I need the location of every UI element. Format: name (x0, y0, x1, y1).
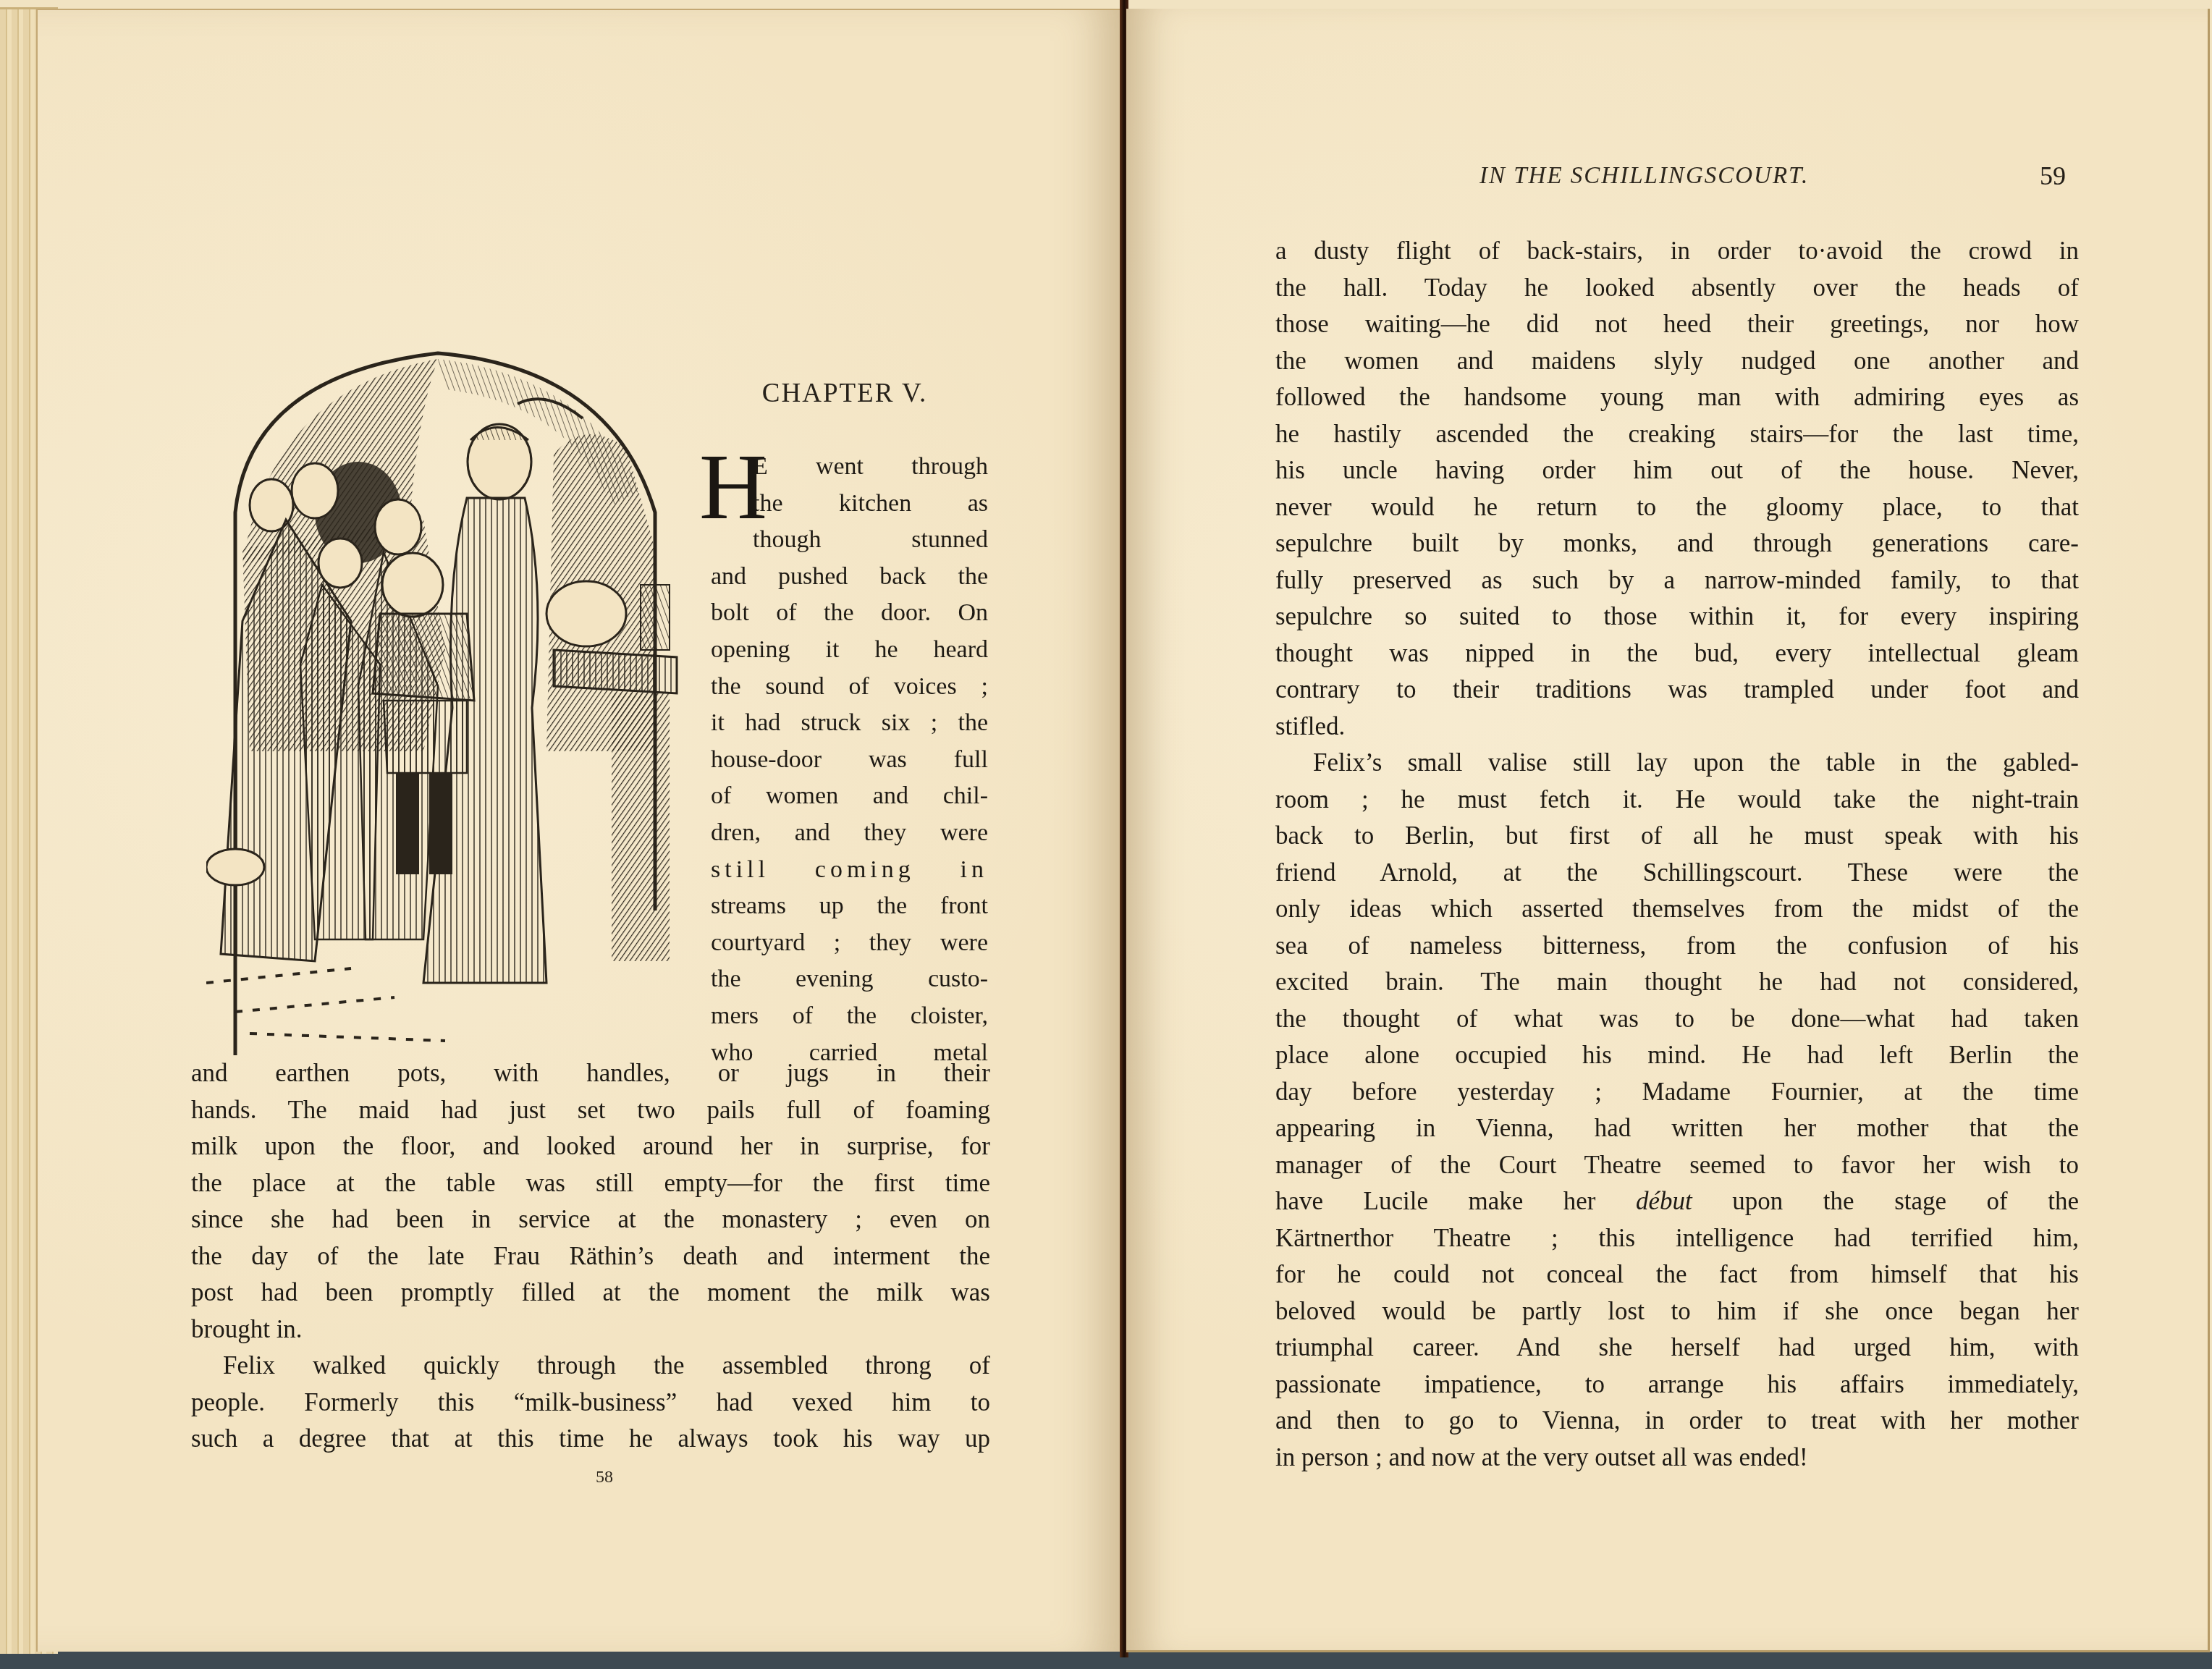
text-line: the place at the table was still empty—f… (191, 1165, 990, 1202)
text-line: sepulchre built by monks, and through ge… (1275, 525, 2079, 562)
text-line: thought was nipped in the bud, every int… (1275, 635, 2079, 672)
illustration-icon (206, 346, 684, 1055)
text-line: post had been promptly filled at the mom… (191, 1275, 990, 1311)
text-line: and then to go to Vienna, in order to tr… (1275, 1403, 2079, 1440)
text-line: courtyard ; they were (711, 925, 988, 962)
text-line: still coming in (711, 852, 988, 889)
text-line: and earthen pots, with handles, or jugs … (191, 1055, 990, 1092)
text-line: and pushed back the (711, 559, 988, 596)
text-line: triumphal career. And she herself had ur… (1275, 1330, 2079, 1366)
text-line: of women and chil- (711, 778, 988, 815)
text-line: his uncle having order him out of the ho… (1275, 452, 2079, 489)
text-line: Kärtnerthor Theatre ; this intelligence … (1275, 1220, 2079, 1257)
text-line: E went through (711, 449, 988, 486)
text-line: the day of the late Frau Räthin’s death … (191, 1238, 990, 1275)
text-line: milk upon the floor, and looked around h… (191, 1128, 990, 1165)
text-line: excited brain. The main thought he had n… (1275, 964, 2079, 1001)
text-line: though stunned (711, 522, 988, 559)
chapter-illustration (206, 346, 684, 1055)
text-line: the evening custo- (711, 961, 988, 998)
text-line: mers of the cloister, (711, 998, 988, 1035)
text-line: such a degree that at this time he alway… (191, 1421, 990, 1458)
page-number-left: 58 (596, 1468, 613, 1487)
page-number-right: 59 (2040, 161, 2066, 191)
text-line: streams up the front (711, 888, 988, 925)
text-line: never would he return to the gloomy plac… (1275, 489, 2079, 526)
text-line: hands. The maid had just set two pails f… (191, 1092, 990, 1129)
text-line: beloved would be partly lost to him if s… (1275, 1293, 2079, 1330)
text-segment: have Lucile make her (1275, 1187, 1636, 1215)
text-segment: upon the stage of the (1692, 1187, 2079, 1215)
text-line: friend Arnold, at the Schillingscourt. T… (1275, 855, 2079, 892)
text-line: manager of the Court Theatre seemed to f… (1275, 1147, 2079, 1184)
text-line: Felix’s small valise still lay upon the … (1275, 745, 2079, 782)
text-line: it had struck six ; the (711, 705, 988, 742)
text-line: only ideas which asserted themselves fro… (1275, 891, 2079, 928)
text-line: a dusty flight of back-stairs, in order … (1275, 233, 2079, 270)
book-spread: CHAPTER V. H E went through the kitchen … (0, 0, 2212, 1652)
right-text-column: a dusty flight of back-stairs, in order … (1275, 233, 2079, 1476)
text-line: for he could not conceal the fact from h… (1275, 1256, 2079, 1293)
text-line: the kitchen as (711, 486, 988, 523)
text-line: fully preserved as such by a narrow-mind… (1275, 562, 2079, 599)
wide-text-column: and earthen pots, with handles, or jugs … (191, 1055, 990, 1458)
italic-word: début (1636, 1187, 1692, 1215)
text-line: the women and maidens slyly nudged one a… (1275, 343, 2079, 380)
text-line: back to Berlin, but first of all he must… (1275, 818, 2079, 855)
text-line: house-door was full (711, 742, 988, 779)
text-line: Felix walked quickly through the assembl… (191, 1348, 990, 1385)
text-line: sea of nameless bitterness, from the con… (1275, 928, 2079, 965)
text-line: people. Formerly this “milk-business” ha… (191, 1385, 990, 1421)
text-line: bolt of the door. On (711, 595, 988, 632)
text-line: the sound of voices ; (711, 669, 988, 706)
text-line: in person ; and now at the very outset a… (1275, 1440, 2079, 1476)
chapter-title: CHAPTER V. (740, 378, 950, 409)
text-line: since she had been in service at the mon… (191, 1201, 990, 1238)
text-line: have Lucile make her début upon the stag… (1275, 1183, 2079, 1220)
running-head: IN THE SCHILLINGSCOURT. (1479, 163, 1809, 190)
text-line: room ; he must fetch it. He would take t… (1275, 782, 2079, 819)
text-line: those waiting—he did not heed their gree… (1275, 306, 2079, 343)
text-line: the thought of what was to be done—what … (1275, 1001, 2079, 1038)
text-line: place alone occupied his mind. He had le… (1275, 1037, 2079, 1074)
text-line: day before yesterday ; Madame Fournier, … (1275, 1074, 2079, 1111)
text-line: stifled. (1275, 709, 2079, 745)
text-line: appearing in Vienna, had written her mot… (1275, 1110, 2079, 1147)
text-line: sepulchre so suited to those within it, … (1275, 599, 2079, 635)
text-line: followed the handsome young man with adm… (1275, 379, 2079, 416)
text-line: he hastily ascended the creaking stairs—… (1275, 416, 2079, 453)
text-line: opening it he heard (711, 632, 988, 669)
text-line: brought in. (191, 1311, 990, 1348)
narrow-text-column: E went through the kitchen as though stu… (711, 449, 988, 1071)
text-line: the hall. Today he looked absently over … (1275, 270, 2079, 307)
text-line: passionate impatience, to arrange his af… (1275, 1366, 2079, 1403)
text-line: contrary to their traditions was trample… (1275, 672, 2079, 709)
text-line: dren, and they were (711, 815, 988, 852)
